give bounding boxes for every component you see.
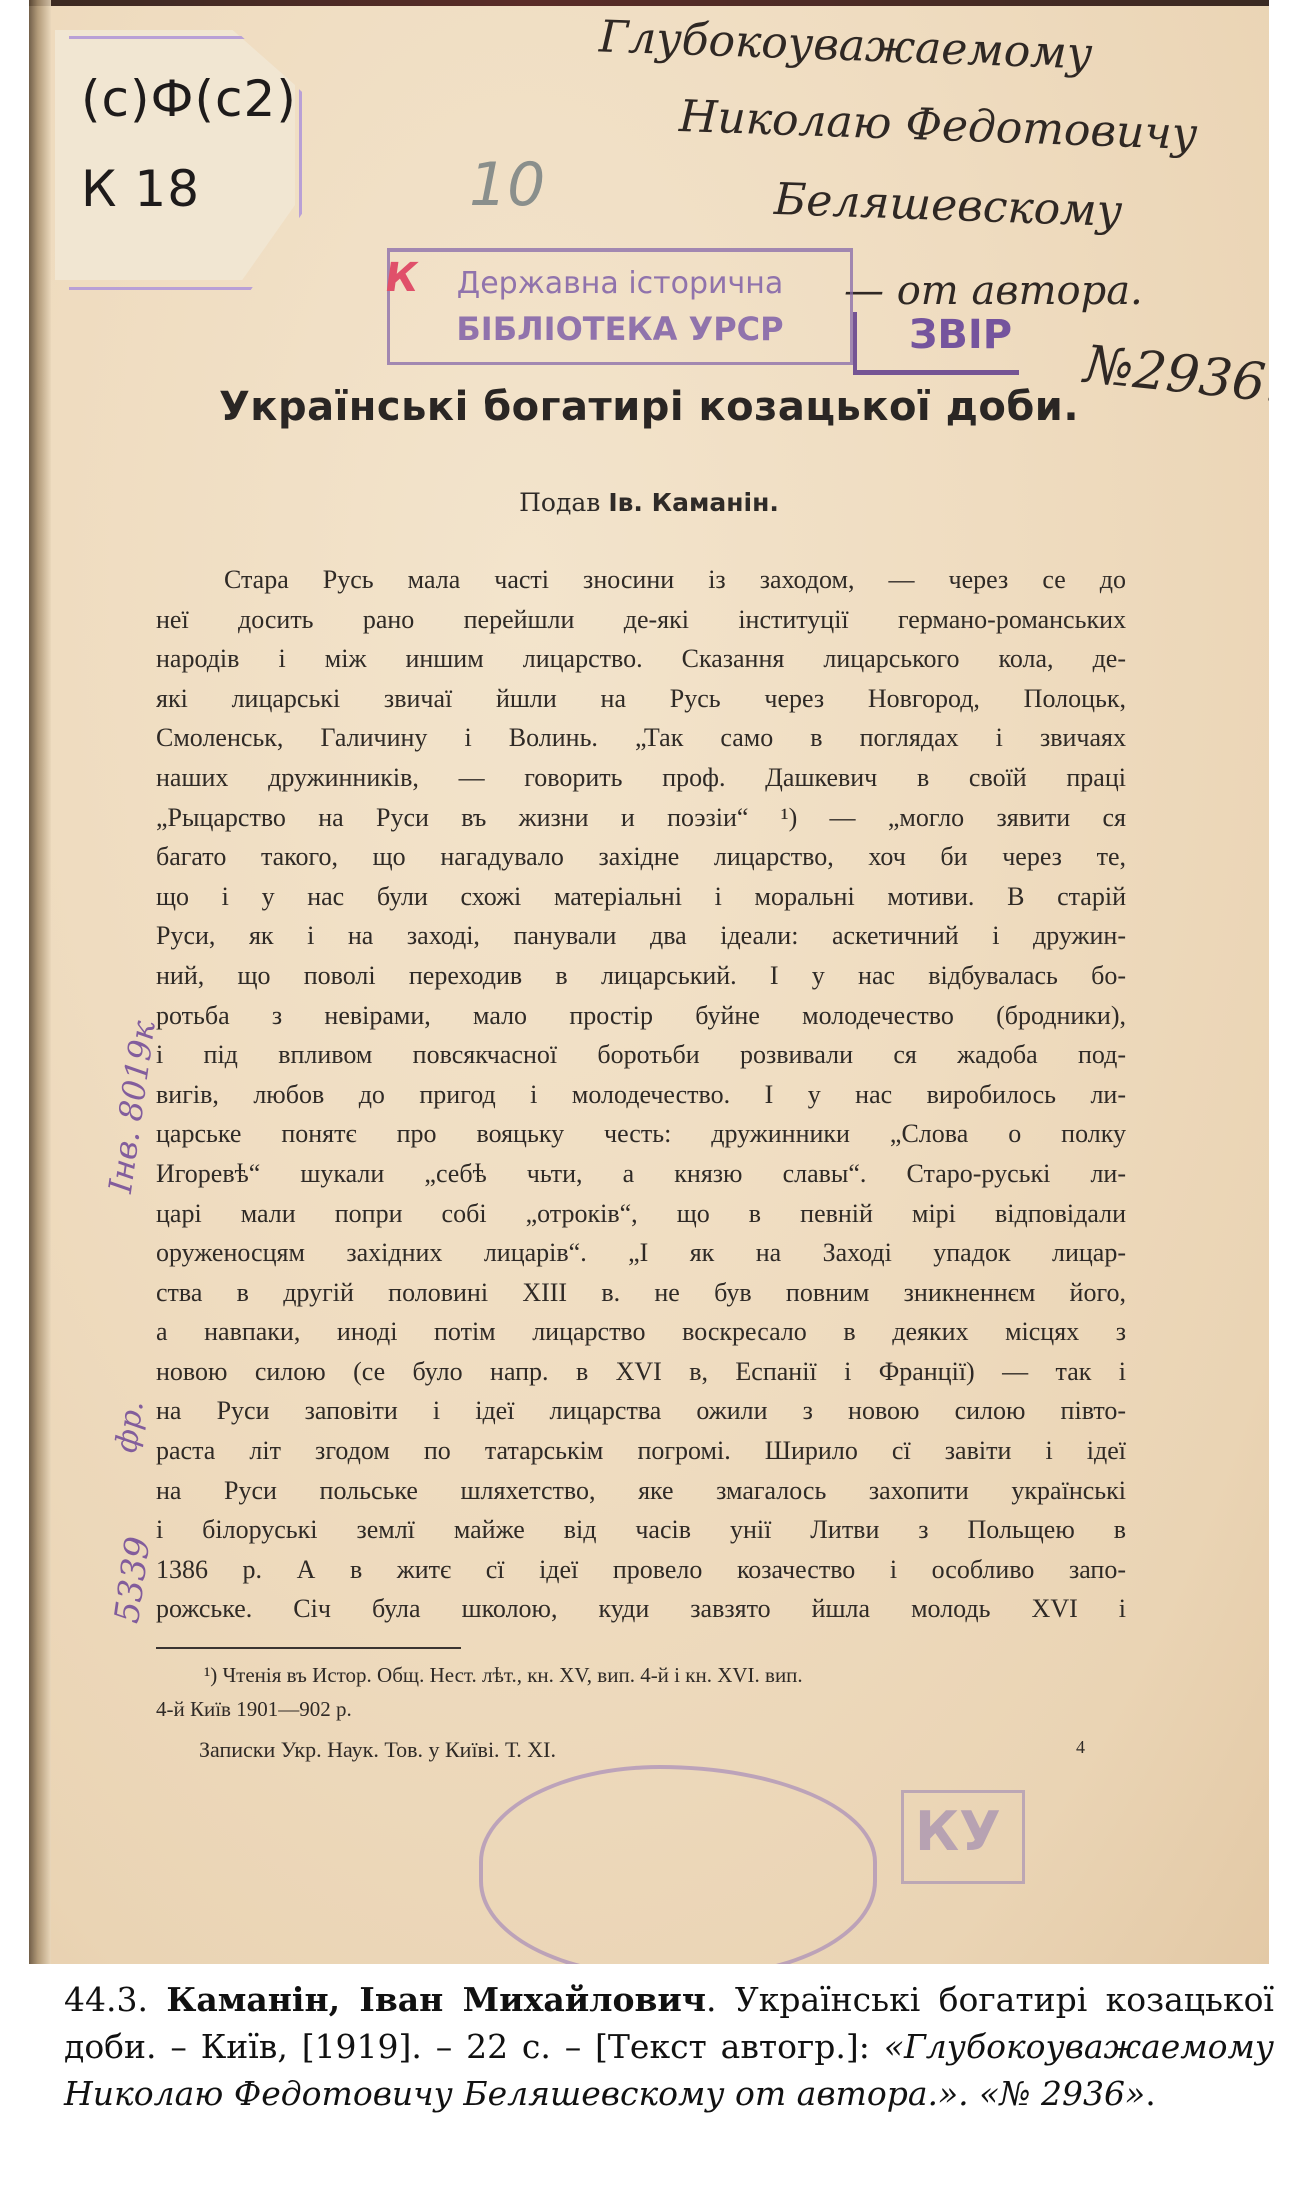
- body-line: 1386 р. А в житє сї ідеї провело козачес…: [156, 1550, 1126, 1590]
- oval-library-stamp: [479, 1765, 877, 1964]
- article-title: Українські богатирі козацької доби.: [29, 384, 1269, 430]
- library-stamp-line2: БІБЛІОТЕКА УРСР: [390, 310, 850, 348]
- body-line: народів і між иншим лицарство. Сказання …: [156, 639, 1126, 679]
- inscription-line-3: Беляшевскому: [773, 174, 1123, 237]
- caption-author: Каманін, Іван Михайлович: [166, 1980, 706, 2019]
- caption-end: .: [1145, 2074, 1156, 2113]
- body-line: на Руси заповіти і ідеї лицарства ожили …: [156, 1391, 1126, 1431]
- scanned-page: (с)Ф(с2) К 18 10 Глубокоуважаемому Никол…: [29, 0, 1269, 1964]
- body-line: які лицарські звичаї йшли на Русь через …: [156, 679, 1126, 719]
- label-shelfmark-line1: (с)Ф(с2): [81, 70, 297, 128]
- article-byline: Подав Ів. Каманін.: [29, 488, 1269, 517]
- body-line: а навпаки, иноді потім лицарство воскрес…: [156, 1312, 1126, 1352]
- margin-short-note: фр.: [109, 1398, 151, 1455]
- body-line: що і у нас були схожі матеріальні і мора…: [156, 877, 1126, 917]
- body-line: багато такого, що нагадувало західне лиц…: [156, 837, 1126, 877]
- caption-number: 44.3.: [64, 1980, 148, 2019]
- body-line: оруженосцям західних лицарів“. „І як на …: [156, 1233, 1126, 1273]
- article-body: Стара Русь мала часті зносини із заходом…: [156, 560, 1126, 1629]
- journal-footer: Записки Укр. Наук. Тов. у Київі. Т. XI.: [199, 1737, 556, 1763]
- body-line: і білоруські землї майже від часів унії …: [156, 1510, 1126, 1550]
- body-line: царське понятє про вояцьку честь: дружин…: [156, 1114, 1126, 1154]
- body-line: новою силою (се було напр. в XVI в, Еспа…: [156, 1352, 1126, 1392]
- body-line: Игоревѣ“ шукали „себѣ чьти, а князю слав…: [156, 1154, 1126, 1194]
- byline-prefix: Подав: [519, 488, 600, 517]
- margin-accession-number: 5339: [107, 1534, 159, 1625]
- body-line: наших дружинників, — говорить проф. Дашк…: [156, 758, 1126, 798]
- page-spine-edge: [29, 0, 51, 1964]
- inscription-line-1: Глубокоуважаемому: [598, 11, 1093, 79]
- check-stamp: ЗВІР: [909, 312, 1012, 358]
- body-line: раста літ згодом по татарськім погромі. …: [156, 1431, 1126, 1471]
- inscription-line-2: Николаю Федотовичу: [678, 91, 1198, 160]
- footnote-rule: [156, 1647, 461, 1649]
- red-k-mark: К: [382, 255, 421, 301]
- body-line: на Руси польське шляхетство, яке змагало…: [156, 1471, 1126, 1511]
- label-shelfmark-line2: К 18: [81, 160, 200, 218]
- inscription-line-4: — от автора.: [844, 268, 1143, 314]
- footnote-line2: 4-й Київ 1901—902 р.: [156, 1697, 1126, 1722]
- pencil-number: 10: [469, 150, 545, 220]
- body-line: і під впливом повсякчасної боротьби розв…: [156, 1035, 1126, 1075]
- body-line: Руси, як і на заході, панували два ідеал…: [156, 916, 1126, 956]
- page-number: 4: [1076, 1737, 1085, 1758]
- body-line: „Рыцарство на Руси въ жизни и поэзіи“ ¹)…: [156, 798, 1126, 838]
- body-line: Стара Русь мала часті зносини із заходом…: [156, 560, 1126, 600]
- library-stamp: Державна історична БІБЛІОТЕКА УРСР: [387, 248, 853, 365]
- byline-author: Ів. Каманін.: [608, 488, 779, 517]
- page-top-edge: [29, 0, 1269, 6]
- catalog-caption: 44.3. Каманін, Іван Михайлович. Українсь…: [64, 1976, 1274, 2117]
- footnote-line1: ¹) Чтенія въ Истор. Общ. Нест. лѣт., кн.…: [156, 1663, 1126, 1688]
- body-line: Смоленськ, Галичину і Волинь. „Так само …: [156, 718, 1126, 758]
- body-line: царі мали попри собі „отроків“, що в пев…: [156, 1194, 1126, 1234]
- ku-stamp: КУ: [915, 1800, 1001, 1863]
- library-stamp-line1: Державна історична: [390, 266, 850, 301]
- body-line: ства в другій половині XIII в. не був по…: [156, 1273, 1126, 1313]
- body-line: вигів, любов до пригод і молодечество. І…: [156, 1075, 1126, 1115]
- margin-inventory-number: Інв. 8019к: [101, 1018, 163, 1195]
- body-line: неї досить рано перейшли де-які інституц…: [156, 600, 1126, 640]
- body-line: ротьба з невірами, мало простір буйне мо…: [156, 996, 1126, 1036]
- body-line: ний, що поволі переходив в лицарський. І…: [156, 956, 1126, 996]
- body-line: рожське. Січ була школою, куди завзято й…: [156, 1589, 1126, 1629]
